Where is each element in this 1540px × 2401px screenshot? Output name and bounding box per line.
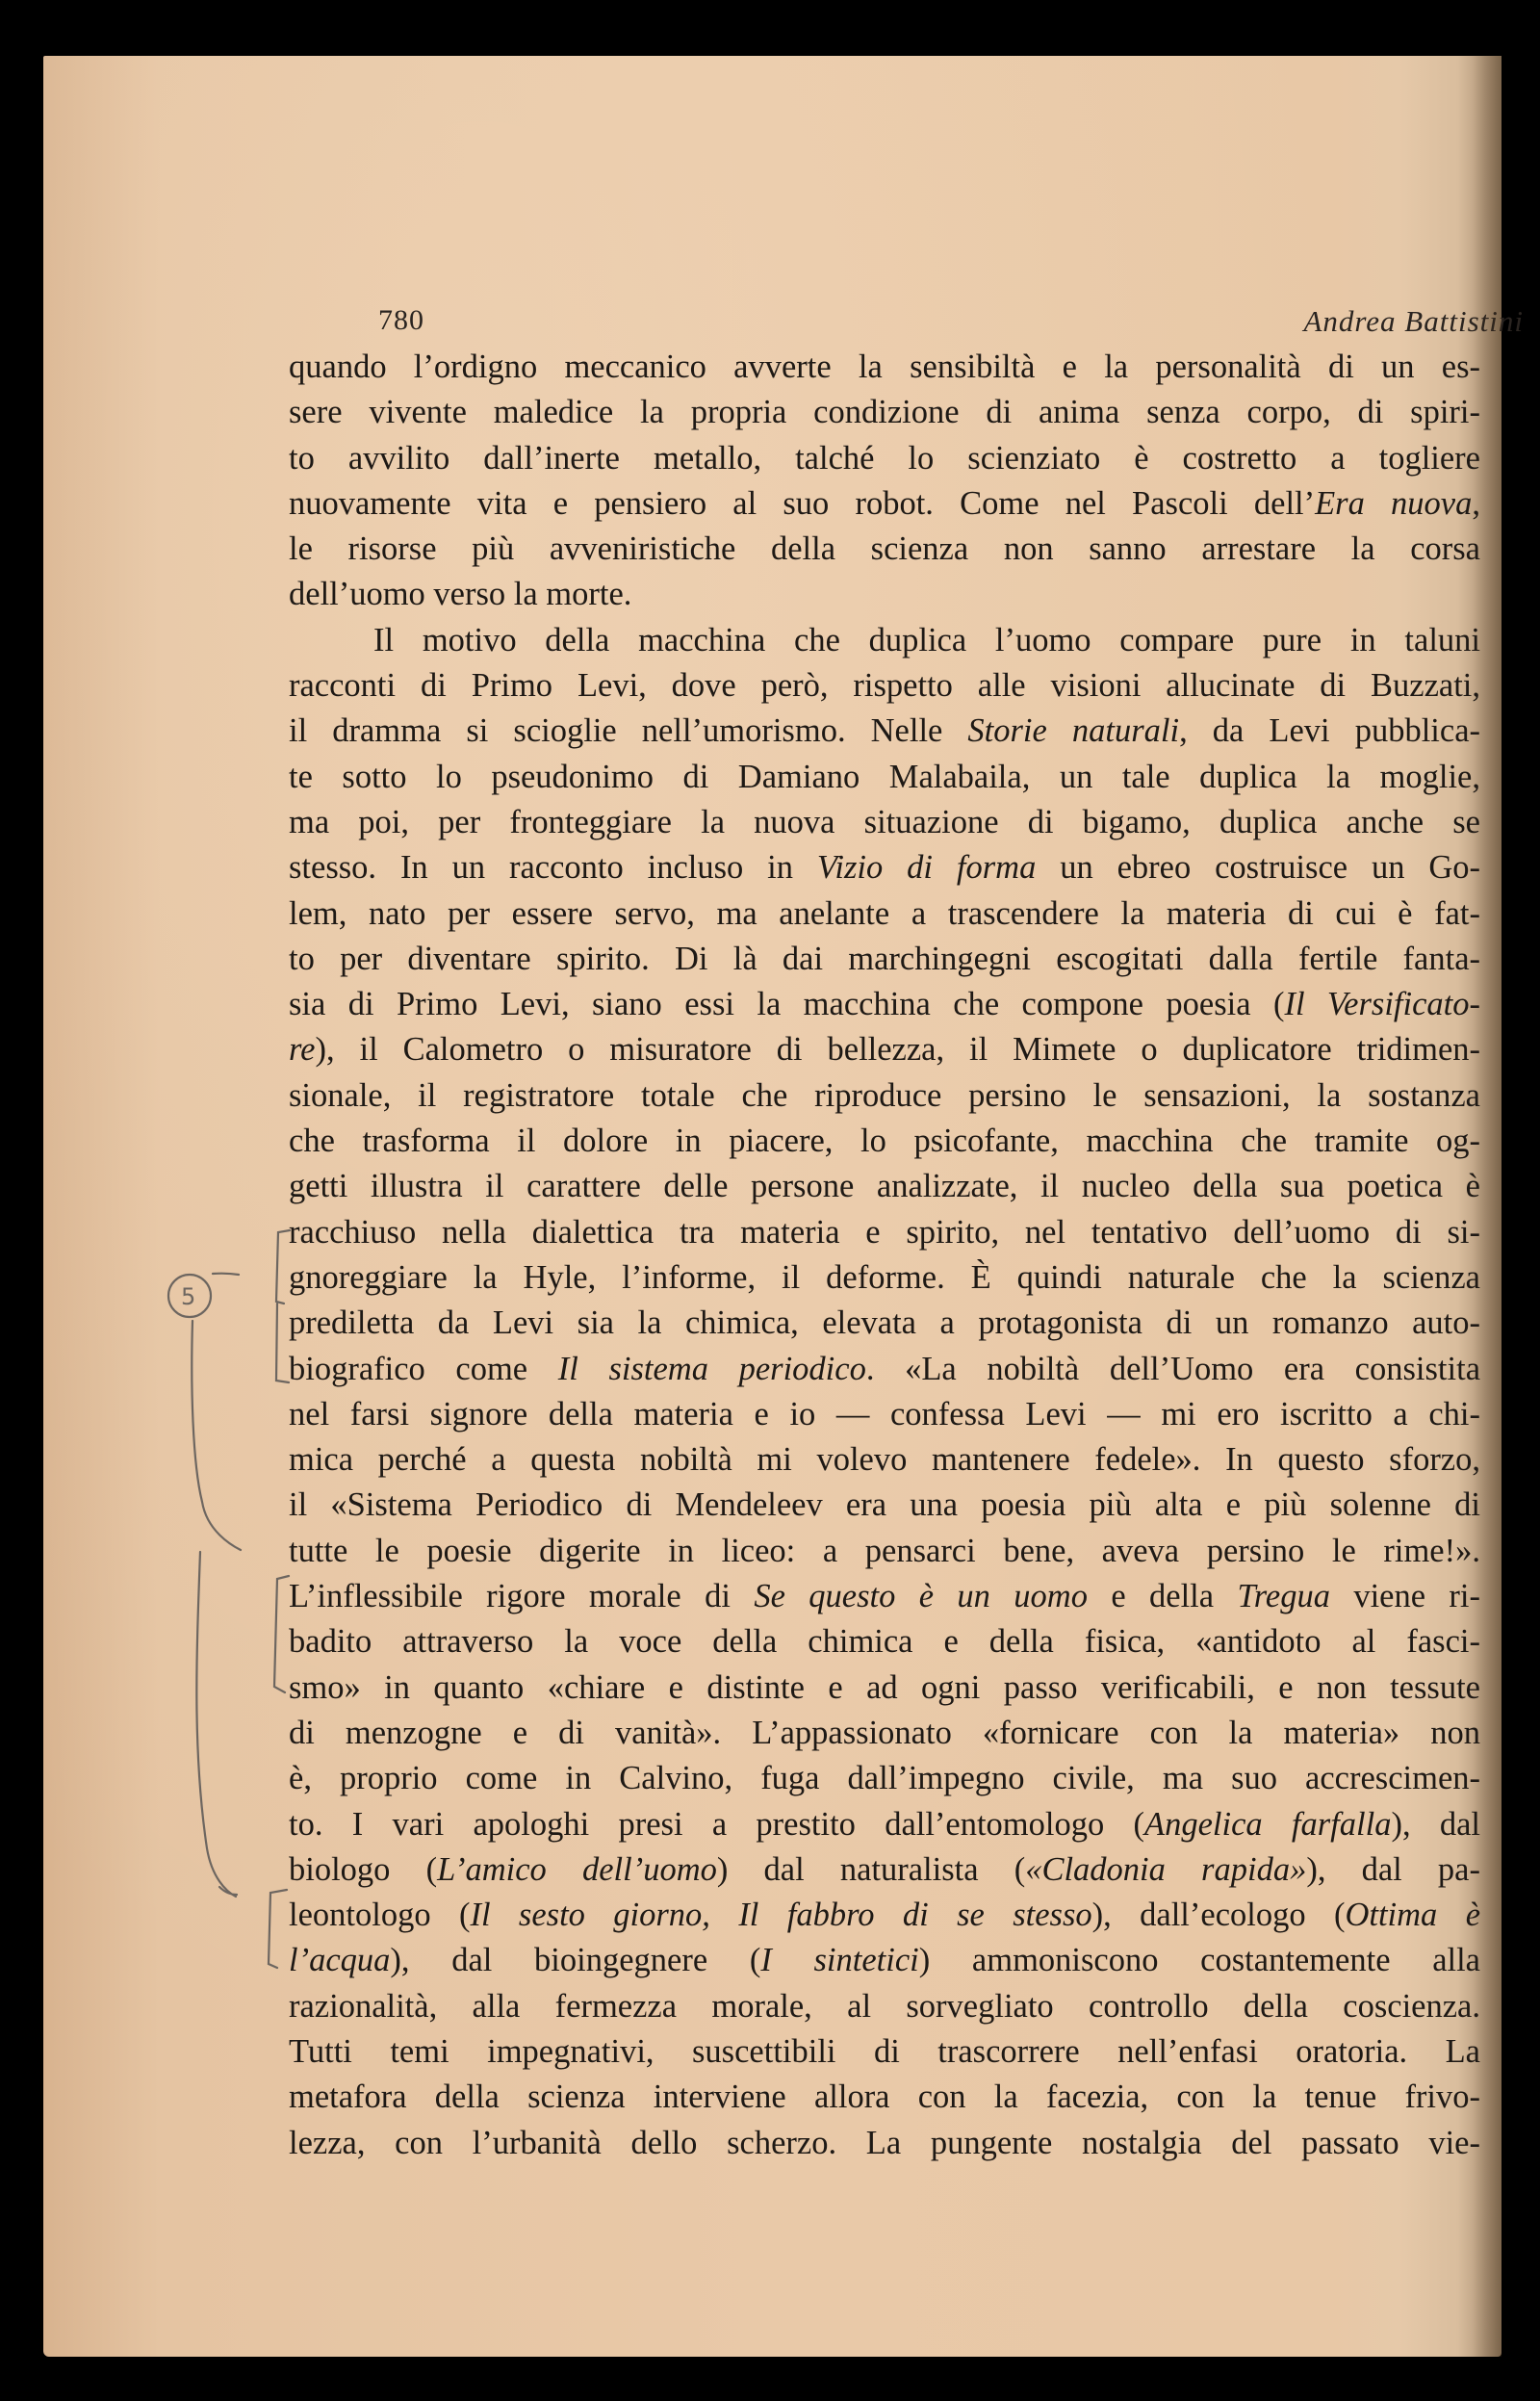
text-run: getti illustra il carattere delle person… [289,1168,1480,1204]
text-run: metafora della scienza interviene allora… [289,2078,1480,2115]
text-line: getti illustra il carattere delle person… [289,1164,1480,1209]
text-run: viene ri- [1330,1578,1480,1614]
text-run: ), dal pa- [1306,1851,1480,1888]
text-run: il «Sistema Periodico di Mendeleev era u… [289,1486,1480,1523]
text-line: lezza, con l’urbanità dello scherzo. La … [289,2121,1480,2166]
text-line: to. I vari apologhi presi a prestito dal… [289,1802,1480,1847]
text-run: ma poi, per fronteggiare la nuova situaz… [289,804,1480,840]
text-line: racconti di Primo Levi, dove però, rispe… [289,663,1480,709]
text-run: smo» in quanto «chiare e distinte e ad o… [289,1669,1480,1706]
text-run: e della [1088,1578,1238,1614]
text-run: biografico come [289,1351,558,1387]
text-run: gnoreggiare la Hyle, l’informe, il defor… [289,1259,1480,1296]
text-run: sionale, il registratore totale che ripr… [289,1077,1480,1114]
text-run: lezza, con l’urbanità dello scherzo. La … [289,2125,1480,2161]
text-run: è, proprio come in Calvino, fuga dall’im… [289,1760,1480,1796]
text-run: ), il Calometro o misuratore di bellezza… [315,1031,1480,1068]
text-run: to. I vari apologhi presi a prestito dal… [289,1806,1144,1843]
italic-title: Il sistema periodico [558,1351,866,1387]
italic-title: L’amico dell’uomo [437,1851,717,1888]
page-number: 780 [378,304,424,337]
text-line: L’inflessibile rigore morale di Se quest… [289,1574,1480,1619]
text-line: sere vivente maledice la propria condizi… [289,390,1480,435]
text-line: le risorse più avveniristiche della scie… [289,527,1480,572]
text-line: Tutti temi impegnativi, suscettibili di … [289,2029,1480,2075]
text-run: sere vivente maledice la propria condizi… [289,394,1480,430]
text-run: stesso. In un racconto incluso in [289,849,817,886]
text-line: racchiuso nella dialettica tra materia e… [289,1210,1480,1255]
text-run: tutte le poesie digerite in liceo: a pen… [289,1533,1480,1569]
text-line: to avvilito dall’inerte metallo, talché … [289,436,1480,481]
text-line: biologo (L’amico dell’uomo) dal naturali… [289,1847,1480,1893]
text-line: di menzogne e di vanità». L’appassionato… [289,1711,1480,1756]
text-run: to per diventare spirito. Di là dai marc… [289,941,1480,977]
text-run: leontologo ( [289,1897,470,1933]
text-run: ), dal [1391,1806,1480,1843]
text-line: che trasforma il dolore in piacere, lo p… [289,1119,1480,1164]
running-head: 780 Andrea Battistini [378,304,1524,343]
text-run: le risorse più avveniristiche della scie… [289,530,1480,567]
text-line: nel farsi signore della materia e io — c… [289,1392,1480,1437]
text-run: racconti di Primo Levi, dove però, rispe… [289,667,1480,704]
italic-title: Ottima è [1345,1897,1480,1933]
text-run: to avvilito dall’inerte metallo, talché … [289,440,1480,477]
text-run: lem, nato per essere servo, ma anelante … [289,895,1480,932]
text-line: smo» in quanto «chiare e distinte e ad o… [289,1665,1480,1711]
text-line: Il motivo della macchina che duplica l’u… [289,618,1480,663]
text-run: nel farsi signore della materia e io — c… [289,1396,1480,1433]
italic-title: Era nuova [1315,485,1472,522]
text-line: razionalità, alla fermezza morale, al so… [289,1984,1480,2029]
text-run: L’inflessibile rigore morale di [289,1578,754,1614]
italic-title: Il Versificato- [1284,986,1480,1022]
text-line: stesso. In un racconto incluso in Vizio … [289,845,1480,891]
italic-title: I sintetici [760,1942,918,1978]
text-run: , da Levi pubblica- [1179,712,1480,749]
text-run: un ebreo costruisce un Go- [1036,849,1480,886]
text-line: biografico come Il sistema periodico. «L… [289,1347,1480,1392]
italic-title: Vizio di forma [817,849,1036,886]
text-run: ) ammoniscono costantemente alla [919,1942,1480,1978]
text-run: Tutti temi impegnativi, suscettibili di … [289,2033,1480,2070]
italic-title: l’acqua [289,1942,390,1978]
text-run: il dramma si scioglie nell’umorismo. Nel… [289,712,967,749]
body-text: quando l’ordigno meccanico avverte la se… [289,345,1480,2166]
text-line: l’acqua), dal bioingegnere (I sintetici)… [289,1938,1480,1983]
italic-title: Tregua [1237,1578,1330,1614]
text-run: , [1472,485,1480,522]
text-line: sionale, il registratore totale che ripr… [289,1073,1480,1119]
text-run: nuovamente vita e pensiero al suo robot.… [289,485,1315,522]
text-line: to per diventare spirito. Di là dai marc… [289,937,1480,982]
text-line: il dramma si scioglie nell’umorismo. Nel… [289,709,1480,754]
text-run: sia di Primo Levi, siano essi la macchin… [289,986,1284,1022]
text-run: di menzogne e di vanità». L’appassionato… [289,1715,1480,1751]
text-run: prediletta da Levi sia la chimica, eleva… [289,1304,1480,1341]
text-line: te sotto lo pseudonimo di Damiano Malaba… [289,755,1480,800]
text-line: il «Sistema Periodico di Mendeleev era u… [289,1483,1480,1528]
text-line: lem, nato per essere servo, ma anelante … [289,891,1480,937]
text-line: prediletta da Levi sia la chimica, eleva… [289,1301,1480,1346]
text-run: Il motivo della macchina che duplica l’u… [373,622,1480,658]
text-run: mica perché a questa nobiltà mi volevo m… [289,1441,1480,1478]
text-line: nuovamente vita e pensiero al suo robot.… [289,481,1480,527]
italic-title: Angelica farfalla [1144,1806,1391,1843]
text-run: racchiuso nella dialettica tra materia e… [289,1214,1480,1251]
text-run: ), dall’ecologo ( [1092,1897,1346,1933]
text-line: badito attraverso la voce della chimica … [289,1619,1480,1665]
text-run: ) dal naturalista ( [717,1851,1025,1888]
running-title-author: Andrea Battistini [1303,304,1524,339]
text-run: . «La nobiltà dell’Uomo era consistita [866,1351,1480,1387]
text-line: metafora della scienza interviene allora… [289,2075,1480,2120]
text-line: è, proprio come in Calvino, fuga dall’im… [289,1756,1480,1801]
text-run: biologo ( [289,1851,437,1888]
italic-title: Se questo è un uomo [754,1578,1088,1614]
text-line: dell’uomo verso la morte. [289,572,1480,617]
text-run: dell’uomo verso la morte. [289,576,631,612]
text-line: quando l’ordigno meccanico avverte la se… [289,345,1480,390]
text-run: ), dal bioingegnere ( [390,1942,760,1978]
text-line: sia di Primo Levi, siano essi la macchin… [289,982,1480,1027]
text-line: ma poi, per fronteggiare la nuova situaz… [289,800,1480,845]
italic-title: Il sesto giorno, Il fabbro di se stesso [470,1897,1091,1933]
italic-title: «Cladonia rapida» [1025,1851,1306,1888]
text-line: gnoreggiare la Hyle, l’informe, il defor… [289,1255,1480,1301]
italic-title: re [289,1031,315,1068]
text-run: quando l’ordigno meccanico avverte la se… [289,349,1480,385]
text-line: re), il Calometro o misuratore di bellez… [289,1027,1480,1072]
text-run: badito attraverso la voce della chimica … [289,1623,1480,1660]
text-run: razionalità, alla fermezza morale, al so… [289,1988,1480,2025]
text-run: che trasforma il dolore in piacere, lo p… [289,1123,1480,1159]
text-run: te sotto lo pseudonimo di Damiano Malaba… [289,759,1480,795]
text-line: tutte le poesie digerite in liceo: a pen… [289,1529,1480,1574]
italic-title: Storie naturali [967,712,1179,749]
text-line: leontologo (Il sesto giorno, Il fabbro d… [289,1893,1480,1938]
text-line: mica perché a questa nobiltà mi volevo m… [289,1437,1480,1483]
